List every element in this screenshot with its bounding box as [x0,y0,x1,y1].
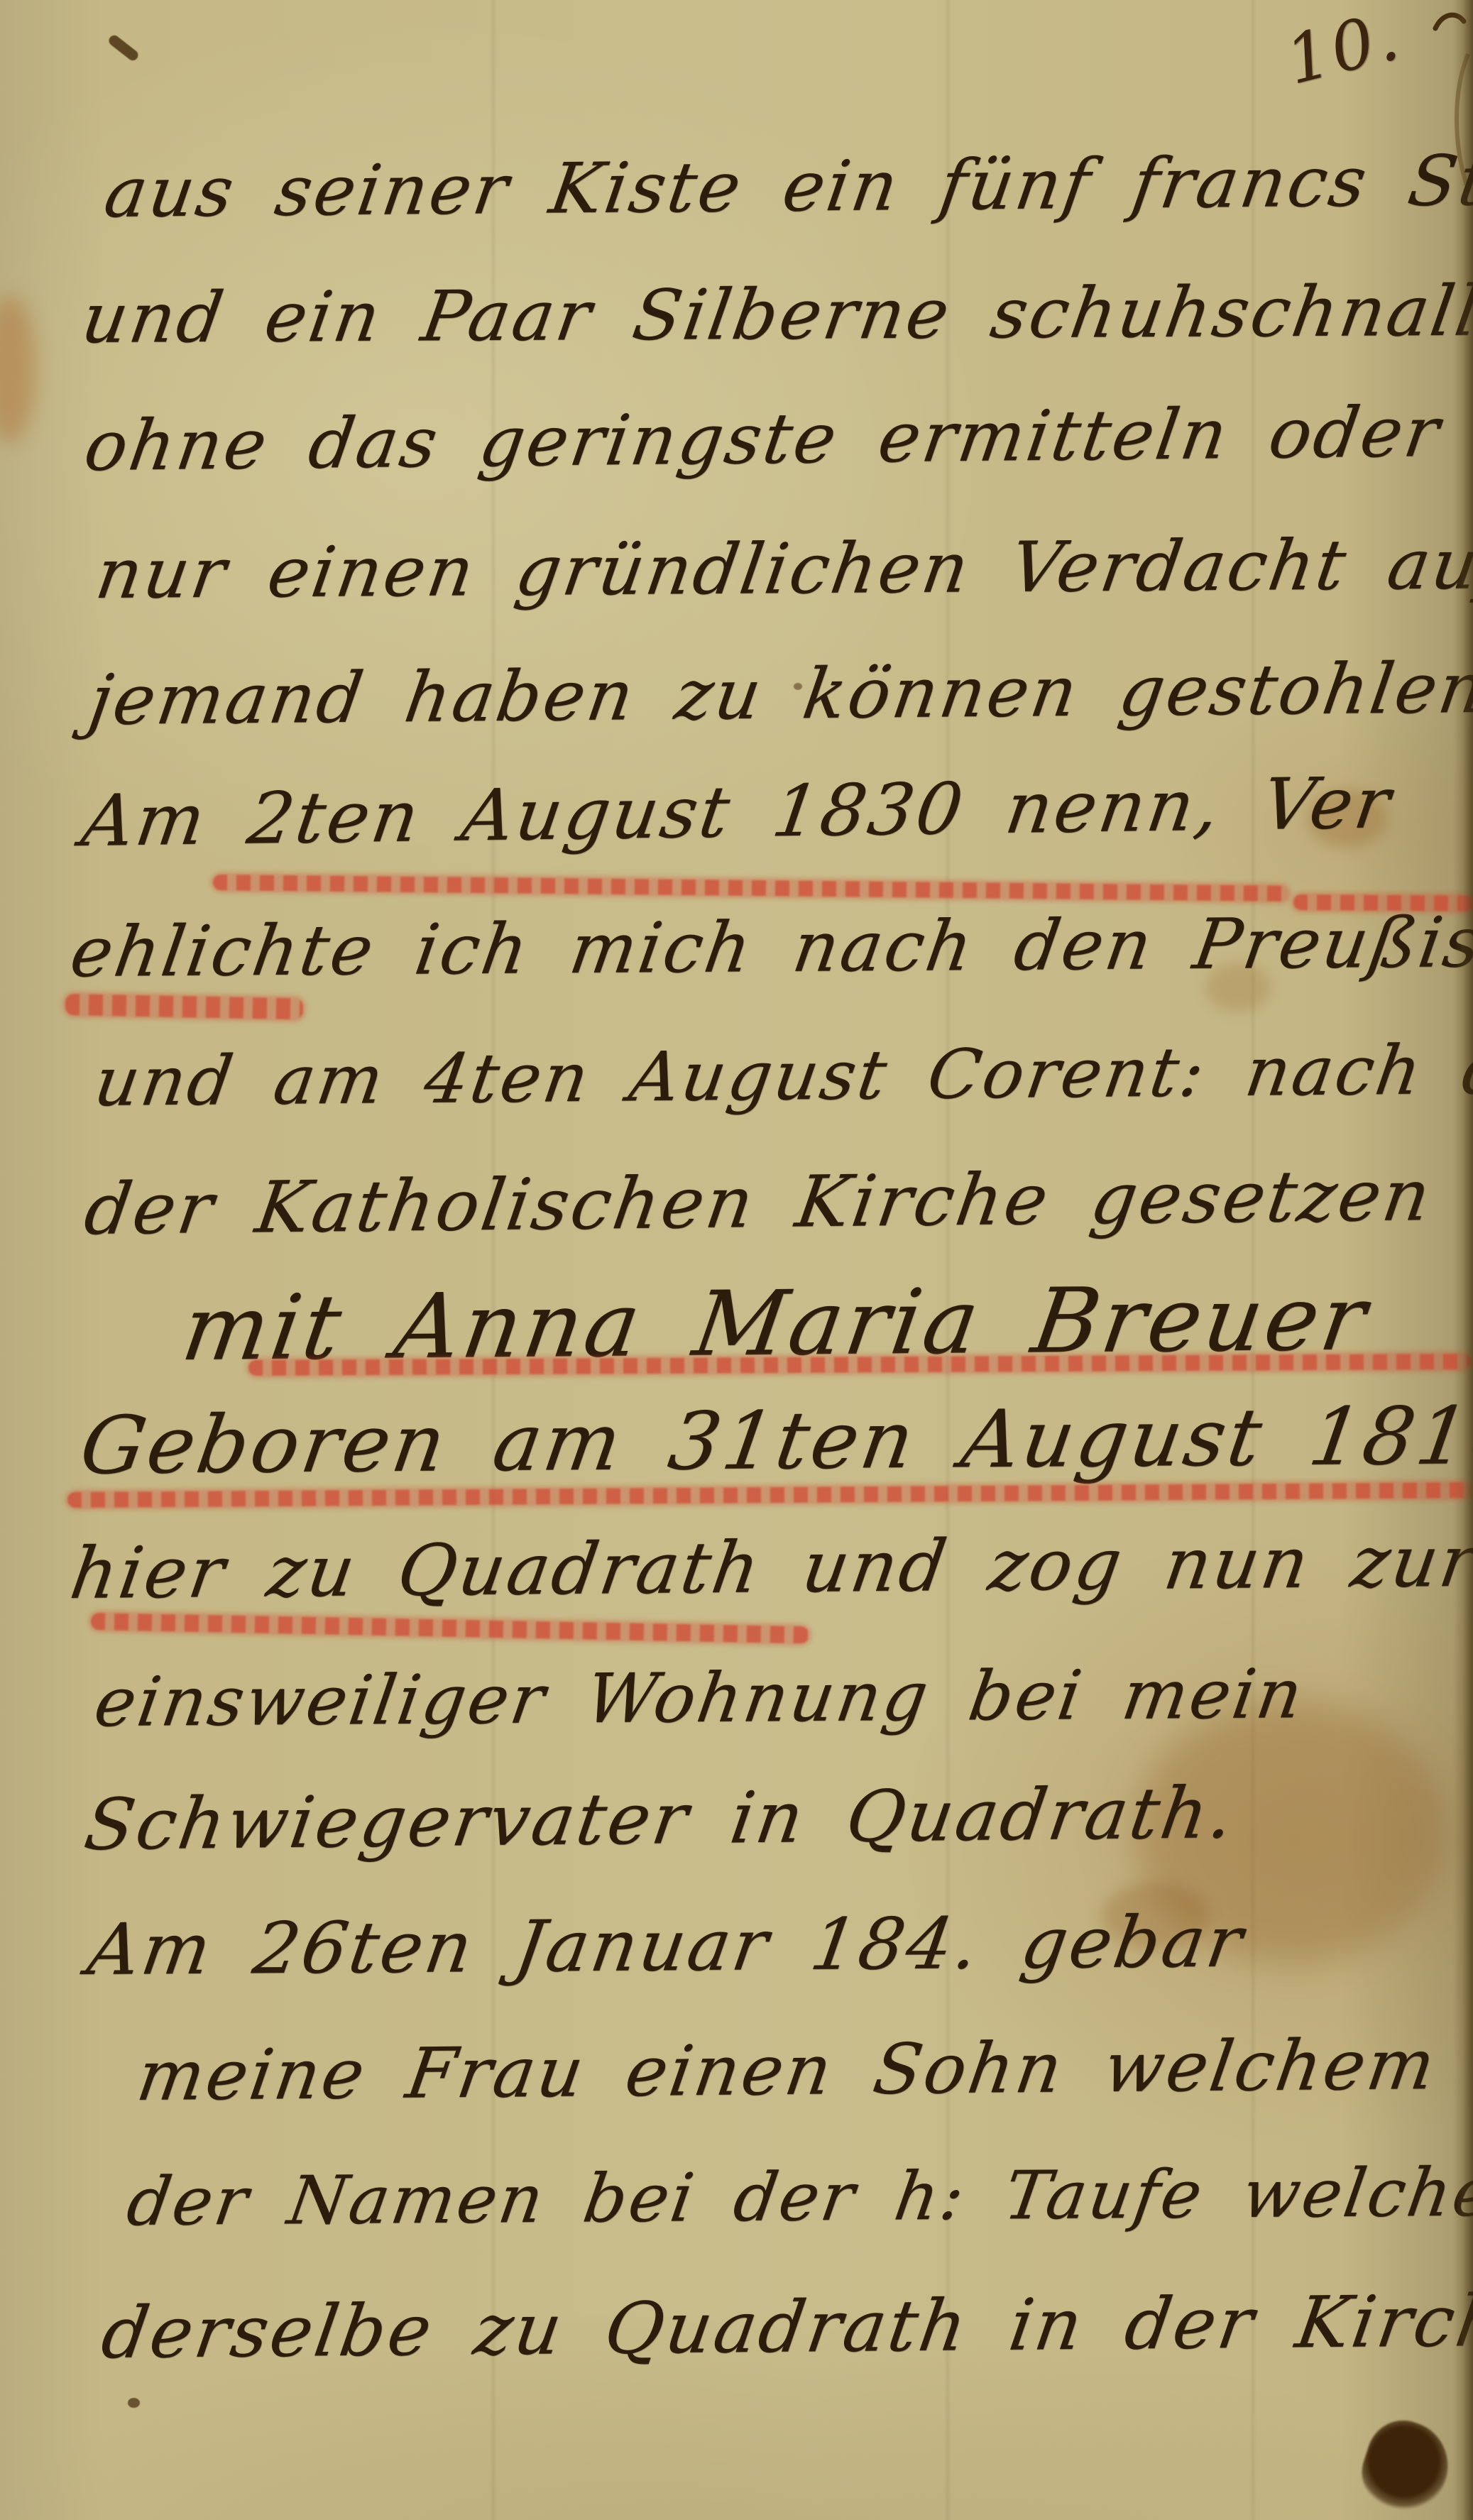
handwritten-line: ohne das geringste ermitteln oder [80,392,1447,487]
handwritten-line: Geboren am 31ten August 1810 [75,1390,1473,1492]
handwritten-line: und am 4ten August Corent: nach den [89,1029,1473,1122]
red-underline [1293,894,1473,911]
red-underline [91,1613,809,1643]
manuscript-page: 10. aus seiner Kiste ein fünf francs Stü… [0,0,1473,2520]
ink-speck [128,2398,140,2408]
handwritten-line: jemand haben zu können gestohlen. [84,648,1473,741]
paper-crease [490,0,497,2520]
handwritten-line: der Katholischen Kirche gesetzen [80,1154,1438,1251]
handwritten-line: Am 26ten Januar 184. gebar [82,1900,1250,1991]
handwritten-line: derselbe zu Quadrath in der Kirche [97,2279,1473,2374]
red-underline [213,875,1288,902]
ink-speck [106,33,140,62]
page-number: 10. [1278,0,1408,100]
handwritten-line: einsweiliger Wohnung bei mein [89,1654,1310,1742]
page-edge-shadow [1455,0,1473,2520]
handwritten-line: meine Frau einen Sohn welchem [132,2025,1442,2117]
paper-stain [0,295,35,444]
handwritten-line: Am 2ten August 1830 nenn, Ver [77,761,1398,862]
handwritten-line: der Namen bei der h: Taufe welche [122,2154,1473,2241]
handwritten-line: aus seiner Kiste ein fünf francs Stük [99,140,1473,234]
ink-blot [1353,2411,1460,2520]
handwritten-line: nur einen gründlichen Verdacht auf [91,524,1473,615]
paper-crease [1249,0,1256,2520]
paper-crease [944,0,951,2520]
handwritten-line: und ein Paar Silberne schuhschnallen, [77,270,1473,359]
handwritten-line: ehlichte ich mich nach den Preußischen [65,901,1473,993]
handwritten-line: hier zu Quadrath und zog nun zur [65,1520,1473,1615]
red-underline [65,994,304,1019]
handwritten-line: Schwiegervater in Quadrath. [80,1771,1241,1866]
